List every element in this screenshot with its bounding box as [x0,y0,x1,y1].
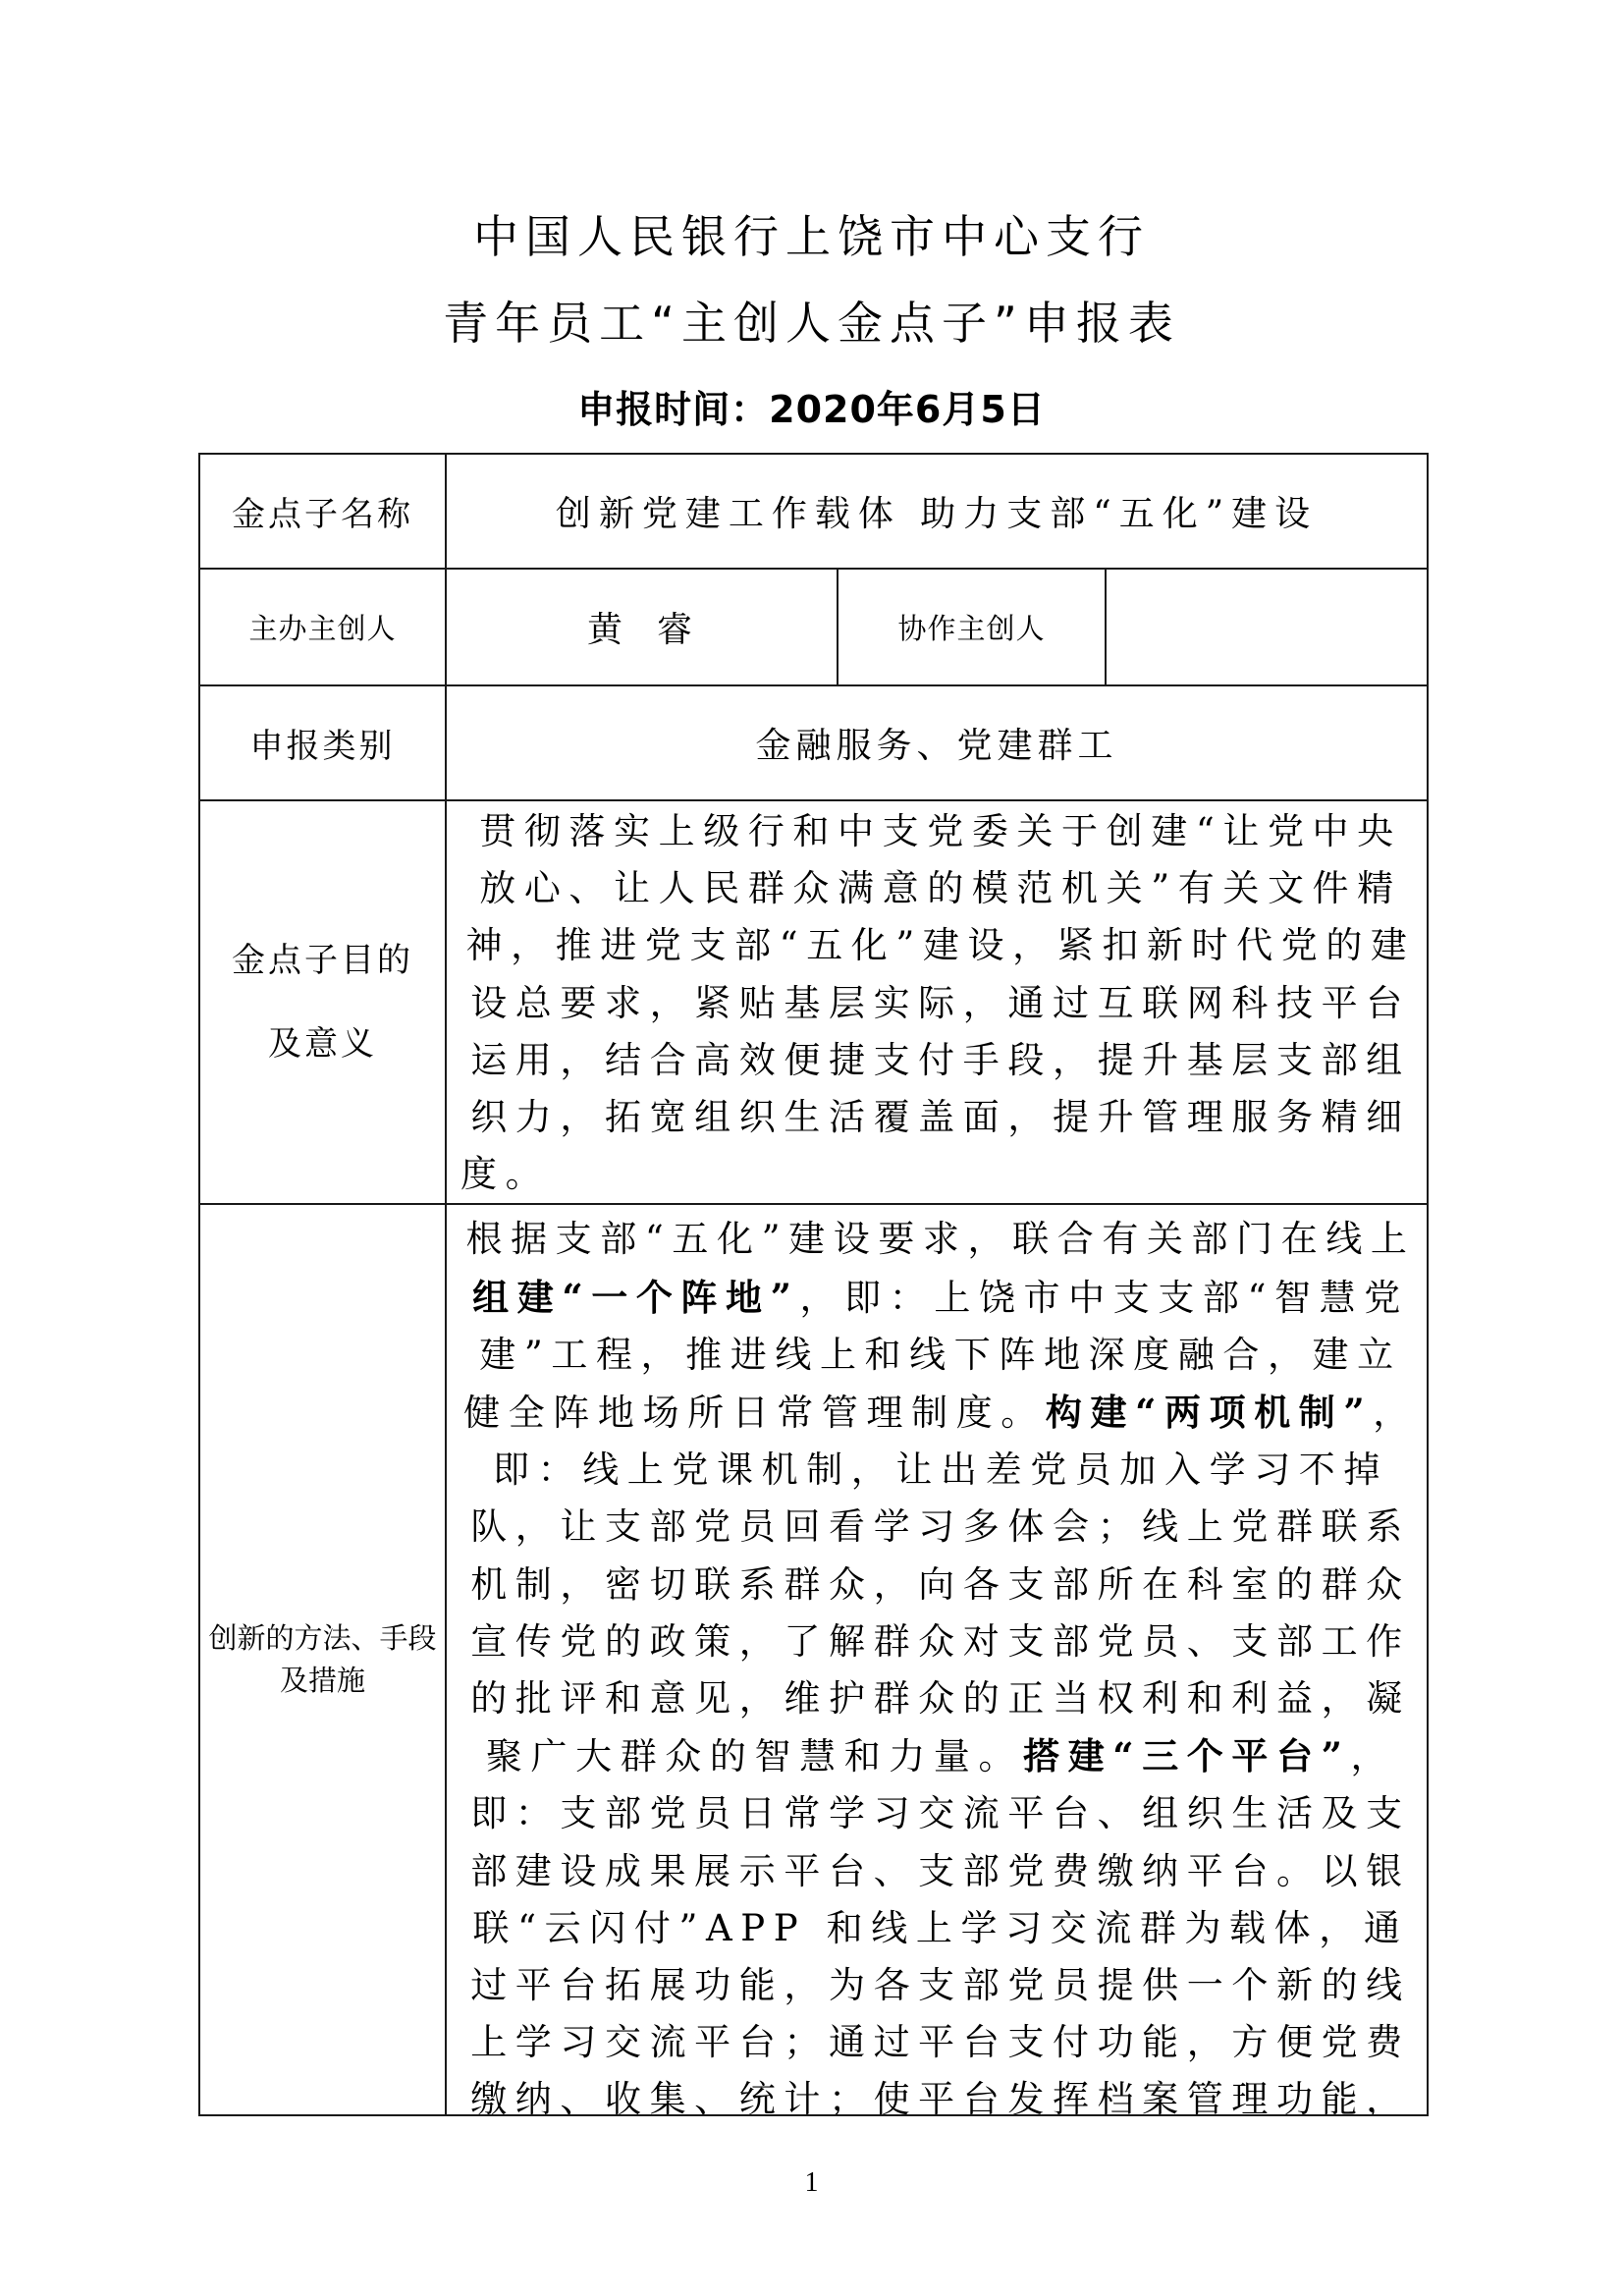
category-value: 金融服务、党建群工 [446,685,1428,800]
lead-creator-label: 主办主创人 [199,569,446,685]
lead-creator-value: 黄 睿 [446,569,838,685]
methods-label: 创新的方法、手段及措施 [199,1204,446,2115]
methods-highlight-one-base: 组建“一个阵地” [472,1276,799,1319]
row-creators: 主办主创人 黄 睿 协作主创人 [199,569,1428,685]
document-title-line2: 青年员工“主创人金点子”申报表 [0,301,1623,346]
idea-name-value: 创新党建工作载体 助力支部“五化”建设 [446,454,1428,569]
purpose-text: 贯彻落实上级行和中支党委关于创建“让党中央放心、让人民群众满意的模范机关”有关文… [446,800,1428,1204]
methods-cell: 根据支部“五化”建设要求，联合有关部门在线上组建“一个阵地”，即：上饶市中支支部… [446,1204,1428,2115]
row-methods: 创新的方法、手段及措施 根据支部“五化”建设要求，联合有关部门在线上组建“一个阵… [199,1204,1428,2115]
co-creator-label: 协作主创人 [838,569,1106,685]
category-label: 申报类别 [199,685,446,800]
methods-highlight-two-mechanisms: 构建“两项机制” [1046,1391,1373,1434]
methods-highlight-three-platforms: 搭建“三个平台” [1023,1734,1350,1777]
purpose-label-line2: 及意义 [200,1003,445,1086]
co-creator-value [1106,569,1428,685]
methods-text: 根据支部“五化”建设要求，联合有关部门在线上组建“一个阵地”，即：上饶市中支支部… [460,1207,1421,2114]
row-category: 申报类别 金融服务、党建群工 [199,685,1428,800]
methods-segment: ，即：支部党员日常学习交流平台、组织生活及支部建设成果展示平台、支部党费缴纳平台… [460,1735,1411,2114]
idea-name-label: 金点子名称 [199,454,446,569]
submission-date: 申报时间：2020年6月5日 [0,391,1623,428]
application-form-table: 金点子名称 创新党建工作载体 助力支部“五化”建设 主办主创人 黄 睿 协作主创… [198,453,1429,2116]
purpose-label: 金点子目的 及意义 [199,800,446,1204]
purpose-label-line1: 金点子目的 [200,919,445,1003]
page-number: 1 [0,2167,1623,2199]
row-purpose: 金点子目的 及意义 贯彻落实上级行和中支党委关于创建“让党中央放心、让人民群众满… [199,800,1428,1204]
methods-segment: 根据支部“五化”建设要求，联合有关部门在线上 [465,1218,1415,1260]
row-idea-name: 金点子名称 创新党建工作载体 助力支部“五化”建设 [199,454,1428,569]
methods-segment: ，即：线上党课机制，让出差党员加入学习不掉队，让支部党员回看学习多体会；线上党群… [470,1392,1418,1777]
document-title-line1: 中国人民银行上饶市中心支行 [0,214,1623,259]
